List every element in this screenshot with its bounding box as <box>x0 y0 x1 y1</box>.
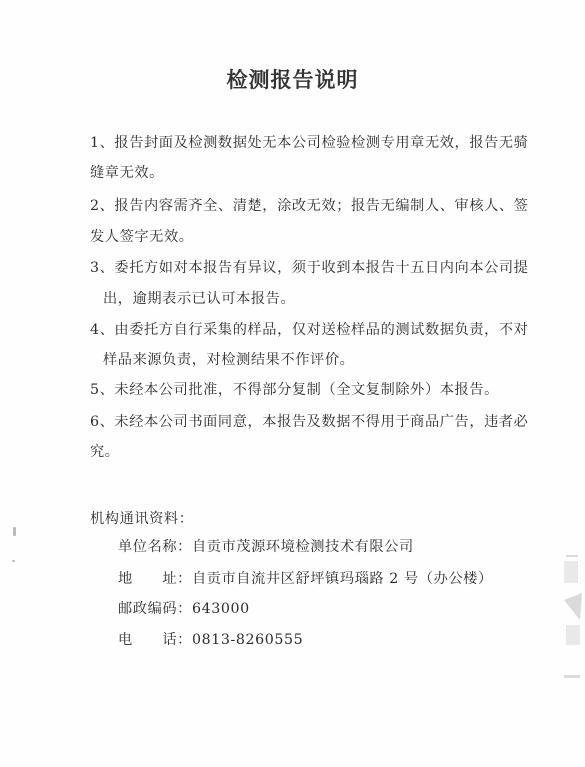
clause-2-line-2: 发人签字无效。 <box>90 226 194 246</box>
contact-postcode: 邮政编码：643000 <box>118 598 250 618</box>
clause-5-line-1: 5、未经本公司批准，不得部分复制（全文复制除外）本报告。 <box>90 379 499 399</box>
contact-phone: 电 话：0813-8260555 <box>118 629 303 649</box>
clause-3-line-2: 出，逾期表示已认可本报告。 <box>103 288 295 308</box>
clause-2-line-1: 2、报告内容需齐全、清楚，涂改无效；报告无编制人、审核人、签 <box>90 195 528 215</box>
clause-6-line-1: 6、未经本公司书面同意，本报告及数据不得用于商品广告，违者必 <box>90 411 528 431</box>
scan-artifact <box>13 527 16 536</box>
clause-1-line-2: 缝章无效。 <box>90 162 164 182</box>
clause-6-line-2: 究。 <box>90 441 120 461</box>
clause-3-line-1: 3、委托方如对本报告有异议，须于收到本报告十五日内向本公司提 <box>90 257 528 277</box>
contact-unit-name: 单位名称：自贡市茂源环境检测技术有限公司 <box>118 536 414 556</box>
seal-stamp-fragment-icon <box>560 555 585 685</box>
contact-heading: 机构通讯资料： <box>90 508 194 528</box>
clause-1-line-1: 1、报告封面及检测数据处无本公司检验检测专用章无效，报告无骑 <box>90 132 528 152</box>
page-title: 检测报告说明 <box>0 64 585 94</box>
clause-4-line-1: 4、由委托方自行采集的样品，仅对送检样品的测试数据负责，不对 <box>90 319 528 339</box>
scan-artifact <box>12 560 15 562</box>
contact-address: 地 址：自贡市自流井区舒坪镇玛瑙路 2 号（办公楼） <box>118 568 493 588</box>
clause-4-line-2: 样品来源负责，对检测结果不作评价。 <box>103 349 354 369</box>
